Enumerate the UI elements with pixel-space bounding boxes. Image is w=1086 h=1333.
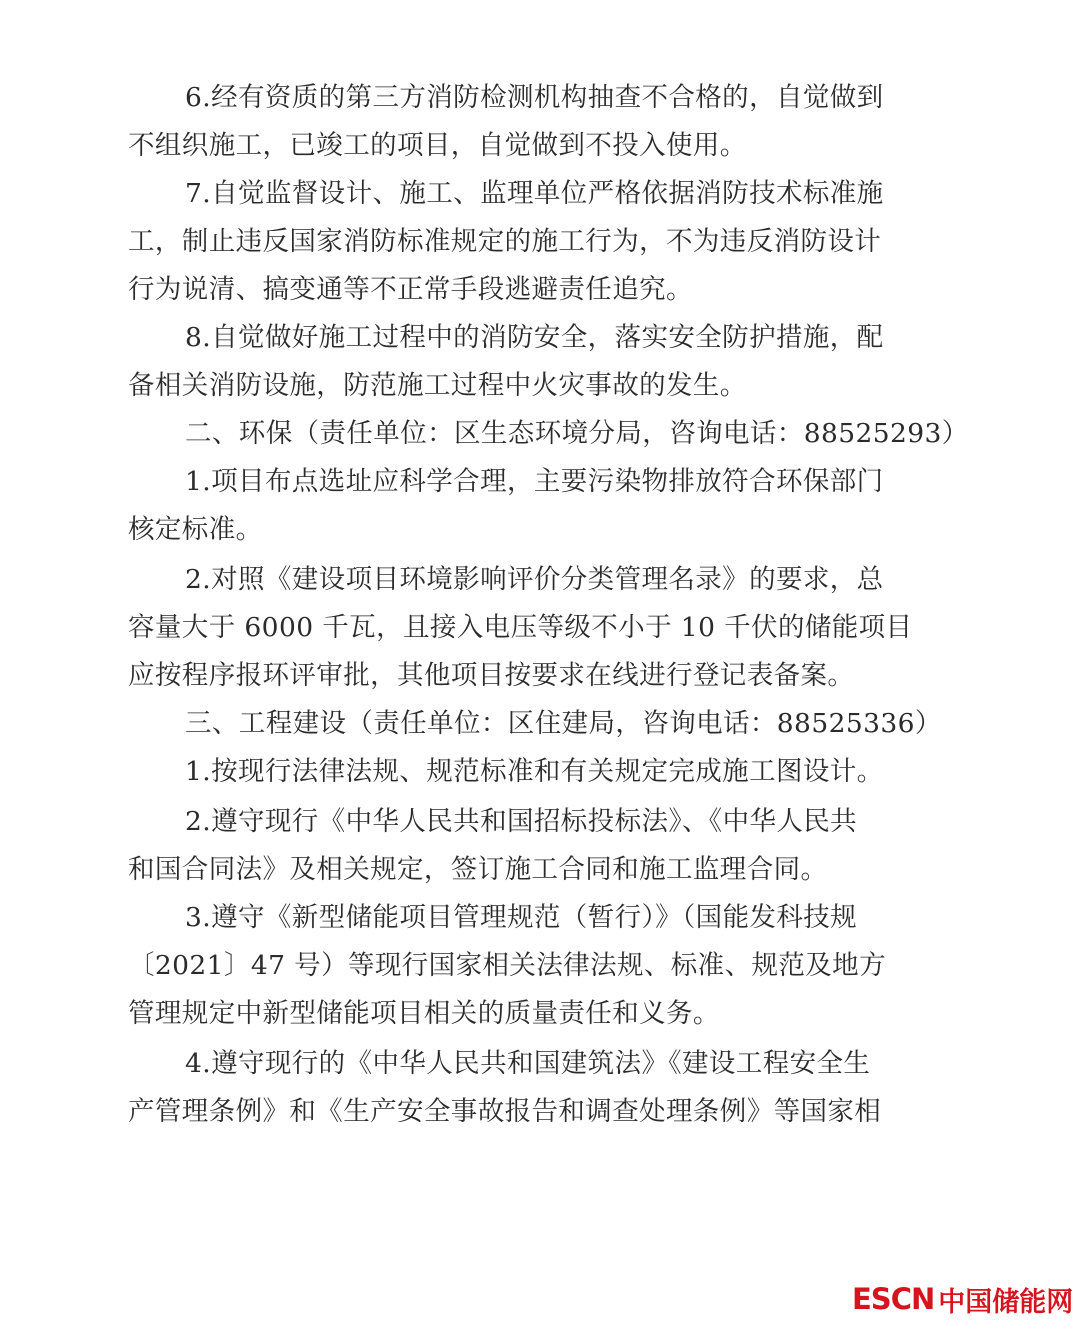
paragraph-line: 工，制止违反国家消防标准规定的施工行为，不为违反消防设计 <box>128 218 881 266</box>
paragraph-line: 容量大于 6000 千瓦，且接入电压等级不小于 10 千伏的储能项目 <box>128 604 912 652</box>
watermark-brand-cn: 中国储能网 <box>938 1280 1073 1319</box>
paragraph-line: 备相关消防设施，防范施工过程中火灾事故的发生。 <box>128 362 747 410</box>
paragraph-line: 1.按现行法律法规、规范标准和有关规定完成施工图设计。 <box>185 748 884 796</box>
watermark-brand-en: ESCN <box>852 1282 934 1316</box>
section-heading-construction: 三、工程建设（责任单位：区住建局，咨询电话：88525336） <box>185 700 942 748</box>
paragraph-line: 3.遵守《新型储能项目管理规范（暂行）》（国能发科技规 <box>185 894 857 942</box>
paragraph-line: 产管理条例》和《生产安全事故报告和调查处理条例》等国家相 <box>128 1088 881 1136</box>
paragraph-line: 和国合同法》及相关规定，签订施工合同和施工监理合同。 <box>128 846 827 894</box>
paragraph-line: 4.遵守现行的《中华人民共和国建筑法》《建设工程安全生 <box>185 1040 870 1088</box>
paragraph-line: 不组织施工，已竣工的项目，自觉做到不投入使用。 <box>128 122 747 170</box>
paragraph-line: 管理规定中新型储能项目相关的质量责任和义务。 <box>128 990 720 1038</box>
paragraph-line: 8.自觉做好施工过程中的消防安全，落实安全防护措施，配 <box>185 314 884 362</box>
paragraph-line: 〔2021〕47 号）等现行国家相关法律法规、标准、规范及地方 <box>128 942 886 990</box>
paragraph-line: 6.经有资质的第三方消防检测机构抽查不合格的，自觉做到 <box>185 74 884 122</box>
paragraph-line: 1.项目布点选址应科学合理，主要污染物排放符合环保部门 <box>185 458 884 506</box>
paragraph-line: 应按程序报环评审批，其他项目按要求在线进行登记表备案。 <box>128 652 854 700</box>
paragraph-line: 行为说清、搞变通等不正常手段逃避责任追究。 <box>128 266 693 314</box>
paragraph-line: 核定标准。 <box>128 506 263 554</box>
section-heading-environment: 二、环保（责任单位：区生态环境分局，咨询电话：88525293） <box>185 410 969 458</box>
paragraph-line: 2.对照《建设项目环境影响评价分类管理名录》的要求，总 <box>185 556 884 604</box>
paragraph-line: 7.自觉监督设计、施工、监理单位严格依据消防技术标准施 <box>185 170 884 218</box>
escn-watermark-logo: ESCN 中国储能网 <box>852 1281 1073 1317</box>
paragraph-line: 2.遵守现行《中华人民共和国招标投标法》、《中华人民共 <box>185 798 857 846</box>
